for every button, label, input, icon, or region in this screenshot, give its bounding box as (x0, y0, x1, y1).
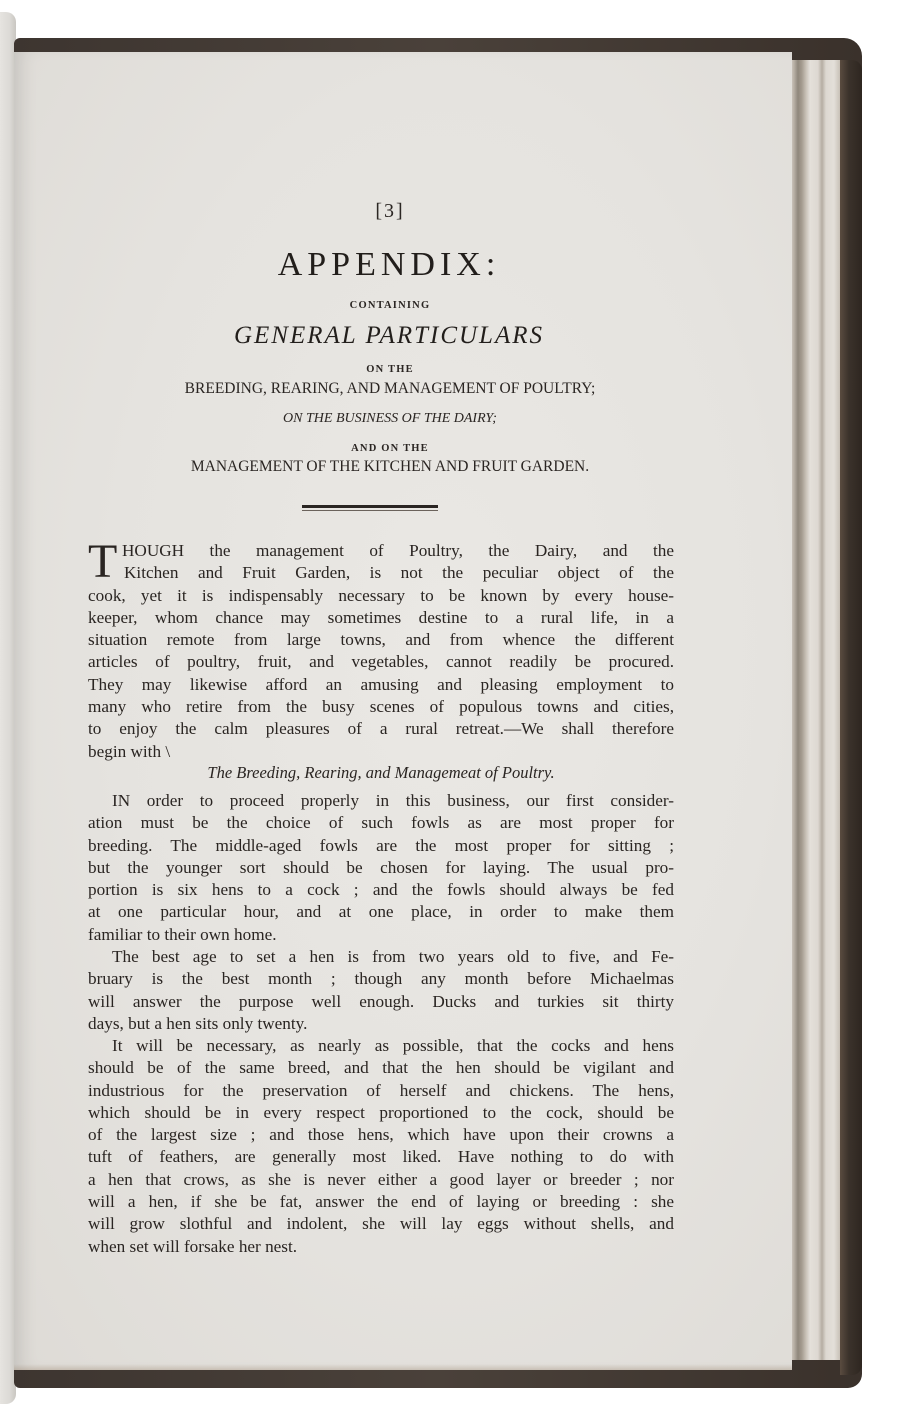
text-line: will a hen, if she be fat, answer the en… (88, 1191, 674, 1213)
text-line: a hen that crows, as she is never either… (88, 1169, 674, 1191)
text-line: should be of the same breed, and that th… (88, 1057, 674, 1079)
text-line: which should be in every respect proport… (88, 1102, 674, 1124)
breeding-line: BREEDING, REARING, AND MANAGEMENT OF POU… (120, 380, 660, 398)
text-line: situation remote from large towns, and f… (88, 629, 674, 651)
text-line: The best age to set a hen is from two ye… (88, 946, 674, 968)
paragraph-2: The best age to set a hen is from two ye… (88, 946, 674, 1035)
kitchen-line: MANAGEMENT OF THE KITCHEN AND FRUIT GARD… (130, 458, 650, 476)
intro-paragraph: HOUGH the management of Poultry, the Dai… (88, 540, 674, 763)
text-line: They may likewise afford an amusing and … (88, 674, 674, 696)
text-line: industrious for the preservation of hers… (88, 1080, 674, 1102)
page-title: APPENDIX: (180, 246, 598, 284)
page-stack-fore-edge (790, 60, 840, 1360)
containing-label: CONTAINING (290, 300, 490, 311)
page-number: [3] (360, 200, 420, 223)
text-line: ation must be the choice of such fowls a… (88, 812, 674, 834)
text-line: keeper, whom chance may sometimes destin… (88, 607, 674, 629)
text-line: tuft of feathers, are generally most lik… (88, 1146, 674, 1168)
text-line: but the younger sort should be chosen fo… (88, 857, 674, 879)
decorative-rule-thin (302, 510, 438, 511)
decorative-rule (302, 505, 438, 508)
text-line: will grow slothful and indolent, she wil… (88, 1213, 674, 1235)
text-line: bruary is the best month ; though any mo… (88, 968, 674, 990)
book-spine-edge (840, 60, 862, 1375)
text-line: of the largest size ; and those hens, wh… (88, 1124, 674, 1146)
text-line: It will be necessary, as nearly as possi… (88, 1035, 674, 1057)
subtitle: GENERAL PARTICULARS (120, 322, 658, 350)
text-line: begin with \ (88, 741, 674, 763)
and-on-the-label: AND ON THE (300, 443, 480, 454)
text-line: HOUGH the management of Poultry, the Dai… (88, 540, 674, 562)
section-heading: The Breeding, Rearing, and Managemeat of… (88, 763, 674, 783)
text-line: when set will forsake her nest. (88, 1236, 674, 1258)
text-line: breeding. The middle-aged fowls are the … (88, 835, 674, 857)
text-line: will answer the purpose well enough. Duc… (88, 991, 674, 1013)
text-line: cook, yet it is indispensably necessary … (88, 585, 674, 607)
text-line: portion is six hens to a cock ; and the … (88, 879, 674, 901)
text-line: familiar to their own home. (88, 924, 674, 946)
text-line: at one particular hour, and at one place… (88, 901, 674, 923)
text-line: IN order to proceed properly in this bus… (88, 790, 674, 812)
text-line: days, but a hen sits only twenty. (88, 1013, 674, 1035)
text-line: Kitchen and Fruit Garden, is not the pec… (88, 562, 674, 584)
paragraph-1: IN order to proceed properly in this bus… (88, 790, 674, 946)
dairy-line: ON THE BUSINESS OF THE DAIRY; (150, 411, 630, 427)
paragraph-3: It will be necessary, as nearly as possi… (88, 1035, 674, 1258)
text-line: many who retire from the busy scenes of … (88, 696, 674, 718)
text-line: to enjoy the calm pleasures of a rural r… (88, 718, 674, 740)
on-the-label: ON THE (330, 364, 450, 375)
text-line: articles of poultry, fruit, and vegetabl… (88, 651, 674, 673)
